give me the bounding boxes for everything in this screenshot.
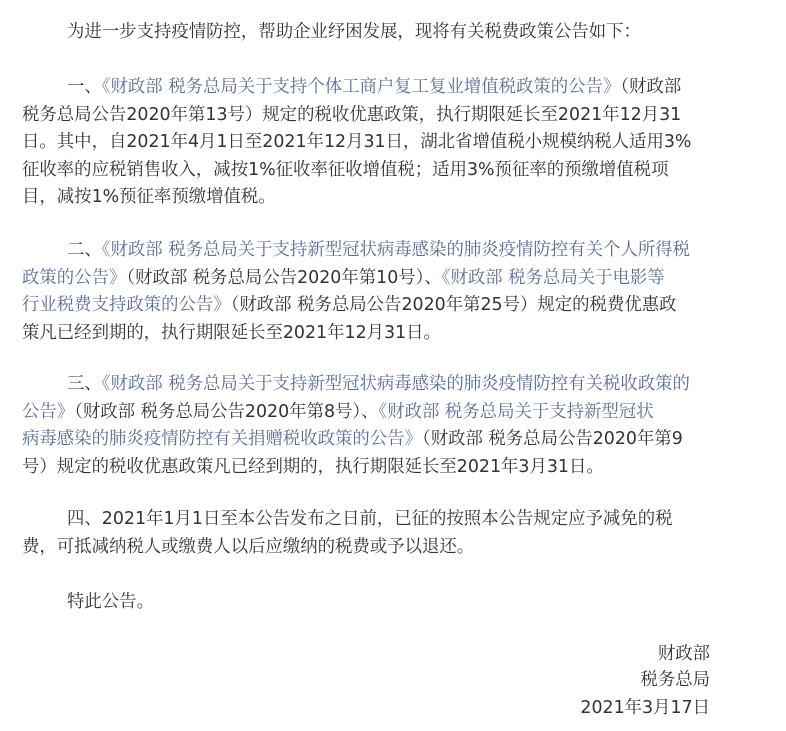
text-segment: 费，可抵减纳税人或缴费人以后应缴纳的税费或予以退还。 (22, 537, 474, 557)
intro-paragraph: 为进一步支持疫情防控，帮助企业纾困发展，现将有关税费政策公告如下： (67, 18, 641, 46)
text-segment: 一、 (67, 77, 102, 97)
text-segment: （财政部 税务总局公告2020年第8号）、 (74, 402, 378, 422)
section-1-line: 征收率的应税销售收入，减按1%征收率征收增值税；适用3%预征率的预缴增值税项 (22, 156, 668, 184)
text-segment: （财政部 税务总局公告2020年第25号）规定的税费优惠政 (231, 295, 677, 315)
section-4-line: 四、2021年1月1日至本公告发布之日前，已征的按照本公告规定应予减免的税 (67, 505, 673, 533)
text-segment: 号）规定的税收优惠政策凡已经到期的，执行期限延长至2021年3月31日。 (22, 457, 604, 477)
section-3-line: 公告》（财政部 税务总局公告2020年第8号）、《财政部 税务总局关于支持新型冠… (22, 398, 654, 426)
signature-org-tax: 税务总局 (640, 666, 710, 694)
policy-link[interactable]: 病毒感染的肺炎疫情防控有关捐赠税收政策的公告》 (22, 429, 422, 449)
section-1-line: 日。其中，自2021年4月1日至2021年12月31日，湖北省增值税小规模纳税人… (22, 128, 691, 156)
section-2-line: 二、《财政部 税务总局关于支持新型冠状病毒感染的肺炎疫情防控有关个人所得税 (67, 236, 690, 264)
section-2-line: 行业税费支持政策的公告》（财政部 税务总局公告2020年第25号）规定的税费优惠… (22, 291, 677, 319)
policy-link[interactable]: 公告》 (22, 402, 74, 422)
policy-link[interactable]: 《财政部 税务总局关于支持个体工商户复工复业增值税政策的公告》 (102, 77, 621, 97)
text-segment: 三、 (67, 374, 102, 394)
section-3-line: 三、《财政部 税务总局关于支持新型冠状病毒感染的肺炎疫情防控有关税收政策的 (67, 370, 690, 398)
section-3-line: 号）规定的税收优惠政策凡已经到期的，执行期限延长至2021年3月31日。 (22, 453, 604, 481)
text-segment: 目，减按1%预征率预缴增值税。 (22, 187, 276, 207)
closing-statement: 特此公告。 (67, 588, 154, 616)
policy-link[interactable]: 《财政部 税务总局关于支持新型冠状病毒感染的肺炎疫情防控有关税收政策的 (102, 374, 690, 394)
text-segment: 日。其中，自2021年4月1日至2021年12月31日，湖北省增值税小规模纳税人… (22, 132, 691, 152)
text-segment: （财政部 (620, 77, 681, 97)
policy-link[interactable]: 政策的公告》 (22, 268, 126, 288)
section-2-line: 政策的公告》（财政部 税务总局公告2020年第10号）、《财政部 税务总局关于电… (22, 264, 665, 292)
text-segment: 策凡已经到期的，执行期限延长至2021年12月31日。 (22, 323, 441, 343)
section-2-line: 策凡已经到期的，执行期限延长至2021年12月31日。 (22, 319, 441, 347)
text-segment: 为进一步支持疫情防控，帮助企业纾困发展，现将有关税费政策公告如下： (67, 22, 641, 42)
text-segment: 四、2021年1月1日至本公告发布之日前，已征的按照本公告规定应予减免的税 (67, 509, 673, 529)
section-4-line: 费，可抵减纳税人或缴费人以后应缴纳的税费或予以退还。 (22, 533, 474, 561)
section-1-line: 一、《财政部 税务总局关于支持个体工商户复工复业增值税政策的公告》（财政部 (67, 73, 681, 101)
policy-link[interactable]: 《财政部 税务总局关于支持新型冠状 (379, 402, 654, 422)
text-segment: 二、 (67, 240, 102, 260)
signature-date: 2021年3月17日 (580, 694, 710, 722)
text-segment: 特此公告。 (67, 592, 154, 612)
policy-link[interactable]: 《财政部 税务总局关于支持新型冠状病毒感染的肺炎疫情防控有关个人所得税 (102, 240, 690, 260)
text-segment: 征收率的应税销售收入，减按1%征收率征收增值税；适用3%预征率的预缴增值税项 (22, 160, 668, 180)
policy-link[interactable]: 行业税费支持政策的公告》 (22, 295, 231, 315)
section-1-line: 税务总局公告2020年第13号）规定的税收优惠政策，执行期限延长至2021年12… (22, 101, 681, 129)
text-segment: 税务总局公告2020年第13号）规定的税收优惠政策，执行期限延长至2021年12… (22, 105, 681, 125)
section-1-line: 目，减按1%预征率预缴增值税。 (22, 183, 276, 211)
policy-link[interactable]: 《财政部 税务总局关于电影等 (442, 268, 665, 288)
signature-org-finance: 财政部 (658, 640, 710, 668)
section-3-line: 病毒感染的肺炎疫情防控有关捐赠税收政策的公告》（财政部 税务总局公告2020年第… (22, 425, 683, 453)
text-segment: （财政部 税务总局公告2020年第9 (422, 429, 683, 449)
text-segment: （财政部 税务总局公告2020年第10号）、 (126, 268, 441, 288)
